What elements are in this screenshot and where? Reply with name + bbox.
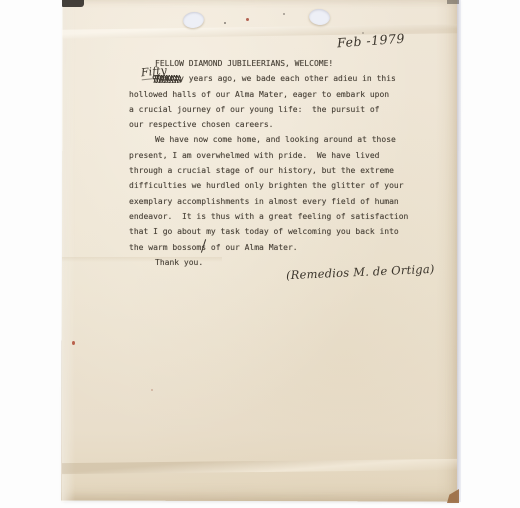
slashed-text: s [201, 243, 206, 252]
scanned-letter-page: Feb -1979 Fifty FELLOW DIAMOND JUBILEERI… [0, 0, 520, 508]
letter-line: difficulties we hurdled only brighten th… [129, 178, 408, 193]
letter-line: Thirty years ago, we bade each other adi… [129, 71, 408, 86]
letter-line: endeavor. It is thus with a great feelin… [129, 209, 408, 224]
dust-speck [151, 389, 153, 391]
typed-text: a crucial journey of our young life: the… [129, 105, 379, 114]
letter-line: our respective chosen careers. [129, 117, 408, 132]
typed-text: Thank you. [155, 258, 203, 267]
paper-edge-shadow [457, 0, 461, 502]
typed-text: hollowed halls of our Alma Mater, eager … [129, 90, 389, 99]
typed-text: through a crucial stage of our history, … [129, 166, 394, 175]
letter-body: FELLOW DIAMOND JUBILEERIANS, WELCOME!Thi… [129, 56, 408, 270]
typed-text: difficulties we hurdled only brighten th… [129, 181, 404, 190]
typed-text: endeavor. It is thus with a great feelin… [129, 212, 408, 221]
letter-line: We have now come home, and looking aroun… [129, 132, 408, 147]
typed-text: our respective chosen careers. [129, 120, 274, 129]
handwritten-correction-fifty: Fifty [140, 64, 167, 81]
corner-mark-top-left [62, 0, 84, 7]
letter-line: that I go about my task today of welcomi… [129, 224, 408, 239]
dust-speck [246, 18, 249, 21]
typed-text: present, I am overwhelmed with pride. We… [129, 151, 379, 160]
letter-line: present, I am overwhelmed with pride. We… [129, 148, 408, 163]
typed-text: the warm bossom [129, 243, 201, 252]
dust-speck [283, 13, 285, 15]
dust-speck [224, 22, 226, 24]
corner-mark-top-right [447, 0, 459, 4]
letter-line: the warm bossoms of our Alma Mater. [129, 240, 408, 255]
typed-text: We have now come home, and looking aroun… [155, 135, 396, 144]
typed-text: y years ago, we bade each other adieu in… [179, 74, 396, 83]
typed-text: of our Alma Mater. [206, 243, 298, 252]
letter-line: a crucial journey of our young life: the… [129, 102, 408, 117]
typed-text: that I go about my task today of welcomi… [129, 227, 399, 236]
letter-line: through a crucial stage of our history, … [129, 163, 408, 178]
dust-speck [72, 341, 75, 345]
letter-line: hollowed halls of our Alma Mater, eager … [129, 87, 408, 102]
typed-text: exemplary accomplishments in almost ever… [129, 197, 399, 206]
letter-line: exemplary accomplishments in almost ever… [129, 194, 408, 209]
typed-text: FELLOW DIAMOND JUBILEERIANS, WELCOME! [155, 59, 333, 68]
letter-line: FELLOW DIAMOND JUBILEERIANS, WELCOME! [129, 56, 408, 71]
